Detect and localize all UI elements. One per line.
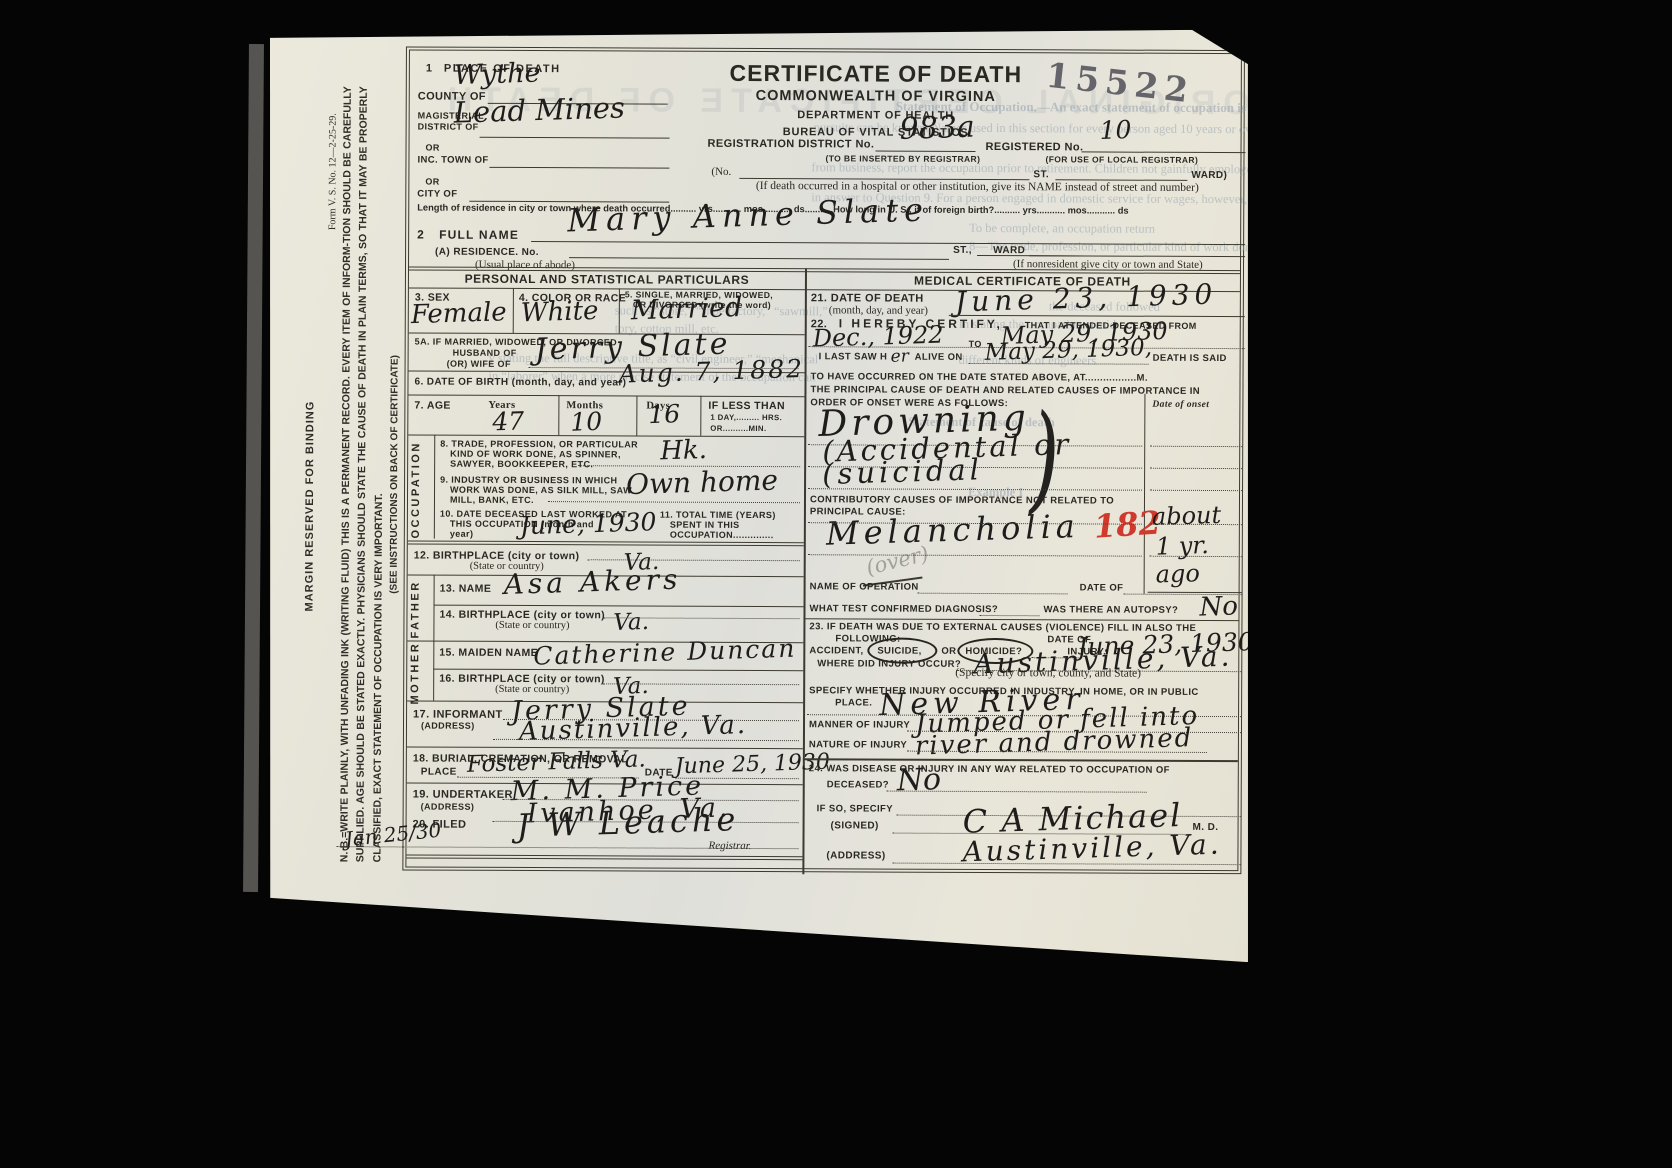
q15-value: Catherine Duncan	[533, 634, 797, 671]
address-label: (ADDRESS)	[826, 850, 885, 862]
if-less-label-1: IF LESS THAN	[708, 400, 785, 412]
dob-value: Aug. 7, 1882	[618, 354, 804, 389]
st2-label: ST.,	[953, 245, 972, 257]
q13-line	[434, 605, 804, 608]
item-1-number: 1	[426, 63, 433, 76]
occupation-side-label: OCCUPATION	[410, 440, 422, 538]
manner-label: MANNER OF INJURY	[809, 720, 910, 731]
sex-color-divider	[513, 288, 514, 333]
registered-no-label: REGISTERED No.	[986, 141, 1084, 154]
q15-label: 15. MAIDEN NAME	[439, 647, 538, 659]
form-border: ORIGINAL CERTIFICATE OF DEATH Statement …	[402, 46, 1245, 874]
occupation-strip-divider	[434, 435, 436, 539]
lastsaw-label-1: I LAST SAW H	[819, 352, 888, 363]
q10-bottom-rule	[408, 540, 804, 546]
test-line	[979, 615, 1039, 616]
registrar-insert-note: (TO BE INSERTED BY REGISTRAR)	[825, 154, 980, 164]
q19-address-label: (ADDRESS)	[421, 802, 475, 813]
residence-a-label: (A) RESIDENCE. No.	[435, 247, 539, 259]
ward-label: WARD)	[1191, 170, 1227, 182]
age-divider-3	[700, 396, 701, 436]
fullname-value: Mary Anne Slate	[567, 190, 930, 239]
q24-value: No	[896, 762, 941, 798]
left-section-title: PERSONAL AND STATISTICAL PARTICULARS	[409, 272, 805, 288]
q18-place-label: PLACE	[421, 767, 457, 779]
q19-label: 19. UNDERTAKER	[413, 789, 513, 802]
no-street-label: (No.	[711, 166, 731, 178]
margin-nb-text: N. B.=WRITE PLAINLY, WITH UNFADING INK (…	[338, 86, 384, 862]
q8-value: Hk.	[660, 435, 708, 466]
father-strip-divider	[433, 575, 435, 641]
q20-registrar-signature: J W Leache	[516, 800, 740, 845]
margin-nb-note: N. B.=WRITE PLAINLY, WITH UNFADING INK (…	[336, 86, 403, 862]
q14-value: Va.	[613, 609, 649, 636]
q5a-label-2: HUSBAND OF	[453, 348, 517, 359]
registration-district-value: 983a	[899, 110, 975, 147]
q21-note: (month, day, and year)	[829, 304, 928, 316]
onset-row-3-rule	[1150, 490, 1242, 491]
onset-value-3: ago	[1155, 559, 1200, 588]
q9-label-3: MILL, BANK, ETC.	[450, 495, 534, 506]
q24-label: 24. WAS DISEASE OR INJURY IN ANY WAY REL…	[809, 764, 1170, 776]
onset-column-header: Date of onset	[1152, 400, 1209, 411]
inc-town-label: INC. TOWN OF	[417, 156, 488, 167]
onset-column-divider	[1144, 394, 1146, 594]
onset-value-1: about	[1152, 501, 1222, 531]
where-injury-label: WHERE DID INJURY OCCUR?	[817, 659, 961, 671]
q14-note: (State or country)	[495, 620, 569, 631]
where-injury-note: (Specify city or town, county, and State…	[955, 667, 1141, 680]
lastsaw-label-3: DEATH IS SAID	[1153, 354, 1227, 365]
operation-line	[918, 593, 1068, 595]
district-line	[480, 137, 670, 139]
age-months-value: 10	[570, 407, 603, 437]
mother-side-label: MOTHER	[409, 644, 421, 704]
scanned-photo: Form V. S. No. 12—2-25-29. MARGIN RESERV…	[0, 0, 1672, 1168]
autopsy-value: No	[1199, 591, 1238, 622]
q5a-label-3: (OR) WIFE OF	[447, 359, 511, 370]
margin-see-instructions: (SEE INSTRUCTIONS ON BACK OF CERTIFICATE…	[385, 86, 404, 862]
sex-value: Female	[410, 297, 507, 330]
autopsy-label: WAS THERE AN AUTOPSY?	[1043, 605, 1178, 617]
registrar-label: Registrar.	[708, 840, 751, 852]
q15-line	[433, 669, 803, 672]
registered-no-line	[1082, 151, 1246, 153]
q12-line	[588, 559, 800, 561]
inc-town-line	[489, 167, 669, 169]
nature-label: NATURE OF INJURY	[809, 740, 907, 751]
st-label: ST.	[1033, 169, 1049, 181]
or-label-2: OR	[425, 177, 439, 187]
or-word-label: OR	[941, 647, 956, 658]
q10-value: June, 1930	[519, 507, 656, 540]
q21-value: June 23, 1930	[954, 277, 1217, 318]
q13-label: 13. NAME	[440, 583, 492, 595]
county-value: Wythe	[453, 58, 541, 92]
local-registrar-note: (FOR USE OF LOCAL REGISTRAR)	[1045, 155, 1198, 165]
or-label-1: OR	[426, 143, 440, 153]
district-value: Lead Mines	[453, 90, 625, 129]
color-marital-divider	[619, 288, 620, 333]
registration-district-label: REGISTRATION DISTRICT No.	[708, 138, 875, 151]
left-bottom-rule	[406, 854, 802, 860]
lastsaw-label-2: ALIVE ON	[915, 353, 963, 364]
lastsaw-er-value: er	[890, 346, 909, 367]
q9-line	[548, 501, 800, 503]
q11-label-3: OCCUPATION..............	[670, 530, 774, 541]
mother-strip-divider	[433, 641, 435, 701]
cause-line-3: (suicidal	[822, 452, 984, 491]
ward2-line	[1029, 255, 1245, 257]
q24-deceased-label: DECEASED?	[827, 780, 889, 791]
lastsaw-value: May 29, 1930,	[984, 335, 1152, 366]
commonwealth-subtitle: COMMONWEALTH OF VIRGINA	[706, 88, 1046, 106]
age-days-value: 16	[648, 399, 681, 429]
q10-label-3: year)	[450, 529, 474, 539]
age-divider-1	[558, 395, 559, 435]
q24-top-rule	[803, 758, 1238, 762]
certificate-title: CERTIFICATE OF DEATH	[706, 60, 1046, 88]
q16-note: (State or country)	[495, 684, 569, 695]
bleedthrough-fragment: To be complete, an occupation return	[969, 221, 1155, 237]
test-label: WHAT TEST CONFIRMED DIAGNOSIS?	[809, 604, 998, 616]
age-bottom-rule	[408, 434, 804, 437]
age-label: 7. AGE	[414, 400, 451, 412]
q8-label-3: SAWYER, BOOKKEEPER, ETC.	[450, 459, 593, 470]
operation-label: NAME OF OPERATION	[810, 582, 919, 593]
operation-date-label: DATE OF	[1080, 583, 1124, 594]
q21-label: 21. DATE OF DEATH	[811, 292, 924, 305]
dob-label: 6. DATE OF BIRTH (month, day, and year)	[414, 377, 626, 389]
q9-value: Own home	[626, 463, 779, 501]
fullname-number: 2	[417, 229, 424, 243]
registered-no-value: 10	[1099, 115, 1132, 145]
fullname-label: FULL NAME	[439, 229, 519, 243]
ifso-label: IF SO, SPECIFY	[817, 804, 893, 815]
department-line: DEPARTMENT OF HEALTH	[706, 109, 1046, 123]
principal-label-1: THE PRINCIPAL CAUSE OF DEATH AND RELATED…	[810, 385, 1200, 398]
margin-binding-note: MARGIN RESERVED FOR BINDING	[303, 336, 316, 676]
contributory-value: Melancholia	[825, 507, 1080, 553]
color-race-value: White	[520, 296, 599, 328]
certificate-paper: Form V. S. No. 12—2-25-29. MARGIN RESERV…	[258, 24, 1254, 972]
signed-label: (SIGNED)	[831, 820, 879, 832]
accident-label: ACCIDENT,	[809, 646, 863, 657]
registration-district-line	[876, 151, 976, 153]
city-of-label: CITY OF	[417, 190, 457, 201]
q17-address-value: Austinville, Va.	[519, 710, 748, 747]
occurred-label: TO HAVE OCCURRED ON THE DATE STATED ABOV…	[811, 372, 1148, 384]
specify-label-2: PLACE.	[835, 698, 872, 709]
father-side-label: FATHER	[409, 578, 421, 640]
if-less-label-3: OR..........MIN.	[710, 425, 766, 434]
age-divider-2	[636, 395, 637, 435]
onset-row-1-rule	[1150, 446, 1242, 447]
contrib-rule-2	[808, 554, 1142, 556]
ward2-label: WARD	[993, 245, 1025, 257]
q13-value: Asa Akers	[503, 563, 682, 601]
onset-row-2-rule	[1150, 468, 1242, 469]
residence-line	[569, 257, 949, 260]
q17-address-label: (ADDRESS)	[421, 721, 475, 732]
dob-bottom-rule	[408, 394, 804, 397]
onset-value-2: 1 yr.	[1155, 531, 1209, 561]
age-years-value: 47	[492, 406, 525, 436]
margin-form-number: Form V. S. No. 12—2-25-29.	[327, 70, 339, 230]
torn-page-edge	[243, 44, 264, 892]
hospital-note: (If death occurred in a hospital or othe…	[709, 180, 1245, 194]
marital-value: Married	[630, 292, 742, 326]
if-less-label-2: 1 DAY,......... HRS.	[710, 414, 782, 423]
